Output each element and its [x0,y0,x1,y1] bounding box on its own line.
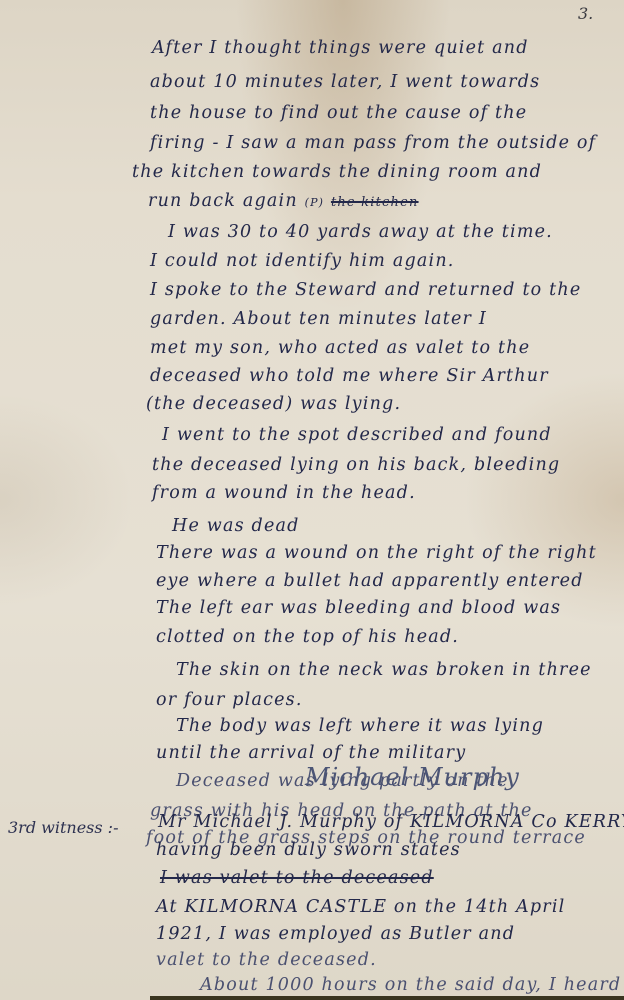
text-line: eye where a bullet had apparently entere… [156,571,584,591]
text-line: The left ear was bleeding and blood was [156,598,561,618]
text-line: from a wound in the head. [152,483,416,503]
text-line: or four places. [156,690,303,710]
text-line: firing - I saw a man pass from the outsi… [150,133,596,153]
text-line: the kitchen towards the dining room and [132,162,542,182]
text-line: run back again (P) the kitchen [148,191,419,211]
witness-line: About 1000 hours on the said day, I hear… [200,975,621,995]
text-line: the deceased lying on his back, bleeding [152,455,560,475]
document-page: 3. After I thought things were quiet and… [0,0,624,1000]
text-line: After I thought things were quiet and [152,38,529,58]
text-line: The skin on the neck was broken in three [176,660,592,680]
text-line: He was dead [172,516,300,536]
text-line: clotted on the top of his head. [156,627,459,647]
witness-line: 1921, I was employed as Butler and [156,924,515,944]
text-line: about 10 minutes later, I went towards [150,72,540,92]
margin-label: 3rd witness :- [8,818,118,837]
text-fragment: run back again [148,191,298,211]
text-line: The body was left where it was lying [176,716,544,736]
text-line: until the arrival of the military [156,743,466,763]
witness-line: having been duly sworn states [156,840,461,860]
witness-line: At KILMORNA CASTLE on the 14th April [156,897,565,917]
text-line: (the deceased) was lying. [146,394,401,414]
text-line: I went to the spot described and found [162,425,552,445]
witness-line: valet to the deceased. [156,950,377,970]
text-line: I was 30 to 40 yards away at the time. [168,222,553,242]
struck-text: the kitchen [331,195,419,210]
text-line: deceased who told me where Sir Arthur [150,366,549,386]
struck-witness-line: I was valet to the deceased [160,868,434,888]
text-line: met my son, who acted as valet to the [150,338,530,358]
witness-line: Mr Michael J. Murphy of KILMORNA Co KERR… [158,812,624,832]
text-line: I spoke to the Steward and returned to t… [150,280,581,300]
page-edge [150,996,624,1000]
text-line: I could not identify him again. [150,251,455,271]
text-line: There was a wound on the right of the ri… [156,543,597,563]
page-number: 3. [578,4,593,23]
text-line: the house to find out the cause of the [150,103,527,123]
initials-mark: (P) [305,196,325,209]
signature: Michael Murphy [305,763,520,791]
text-line: garden. About ten minutes later I [150,309,487,329]
